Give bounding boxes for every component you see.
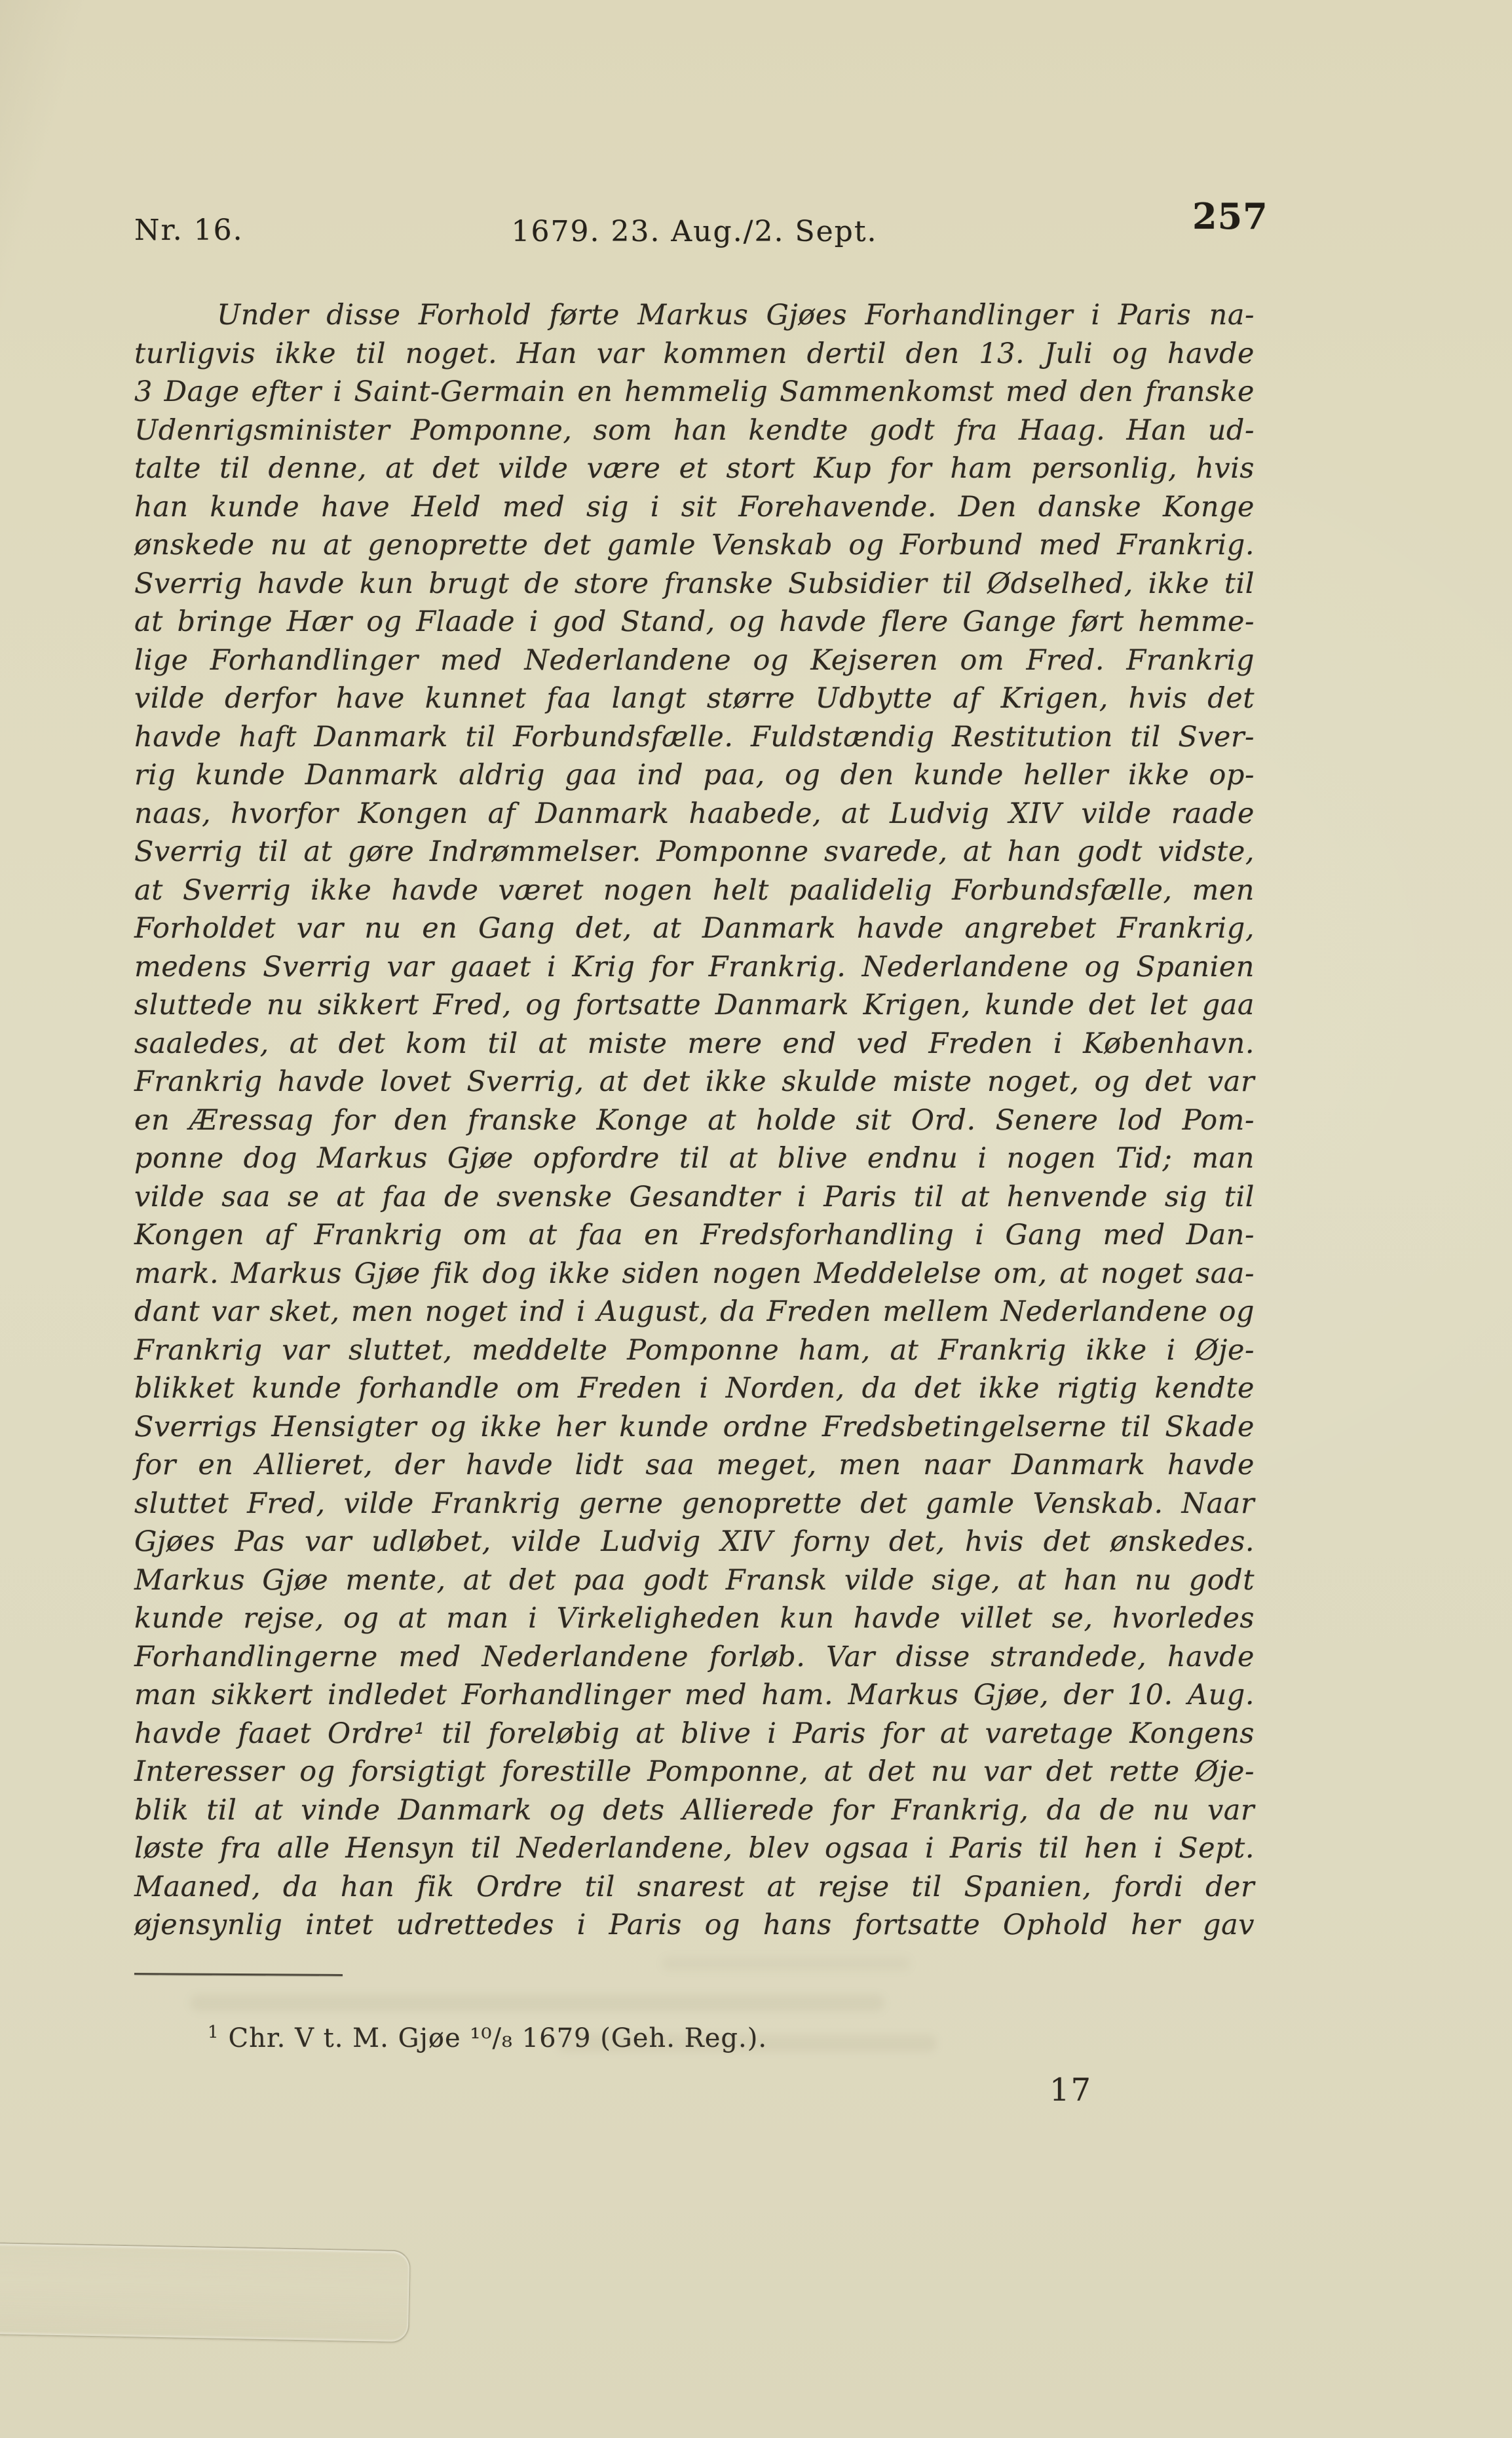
text-line: saaledes, at det kom til at miste mere e… bbox=[134, 1025, 1255, 1063]
body-text: Under disse Forhold førte Markus Gjøes F… bbox=[134, 296, 1255, 1945]
text-line: blikket kunde forhandle om Freden i Nord… bbox=[134, 1369, 1255, 1408]
text-line: ønskede nu at genoprette det gamle Vensk… bbox=[134, 526, 1255, 565]
text-line: Under disse Forhold førte Markus Gjøes F… bbox=[134, 296, 1255, 335]
text-line: Maaned, da han fik Ordre til snarest at … bbox=[134, 1868, 1255, 1907]
text-line: sluttede nu sikkert Fred, og fortsatte D… bbox=[134, 986, 1255, 1025]
text-line: rig kunde Danmark aldrig gaa ind paa, og… bbox=[134, 756, 1255, 795]
text-line: talte til denne, at det vilde være et st… bbox=[134, 449, 1255, 488]
book-page: Nr. 16. 1679. 23. Aug./2. Sept. 257 Unde… bbox=[0, 0, 1512, 2438]
text-line: Markus Gjøe mente, at det paa godt Frans… bbox=[134, 1561, 1255, 1600]
footnote-divider bbox=[134, 1973, 343, 1976]
footnote-marker: 1 bbox=[208, 2023, 219, 2042]
text-line: Udenrigsminister Pomponne, som han kendt… bbox=[134, 411, 1255, 450]
text-line: turligvis ikke til noget. Han var kommen… bbox=[134, 335, 1255, 373]
bleed-through-text bbox=[662, 1956, 911, 1971]
text-line: dant var sket, men noget ind i August, d… bbox=[134, 1293, 1255, 1331]
text-line: vilde saa se at faa de svenske Gesandter… bbox=[134, 1178, 1255, 1217]
text-line: Kongen af Frankrig om at faa en Fredsfor… bbox=[134, 1216, 1255, 1255]
text-line: ponne dog Markus Gjøe opfordre til at bl… bbox=[134, 1139, 1255, 1178]
header-date: 1679. 23. Aug./2. Sept. bbox=[134, 215, 1255, 248]
text-line: kunde rejse, og at man i Virkeligheden k… bbox=[134, 1599, 1255, 1638]
text-line: blik til at vinde Danmark og dets Allier… bbox=[134, 1791, 1255, 1830]
text-line: Forholdet var nu en Gang det, at Danmark… bbox=[134, 909, 1255, 948]
text-line: Sverrig havde kun brugt de store franske… bbox=[134, 565, 1255, 603]
label-impression bbox=[0, 2242, 411, 2344]
text-line: Interesser og forsigtigt forestille Pomp… bbox=[134, 1753, 1255, 1791]
text-line: Forhandlingerne med Nederlandene forløb.… bbox=[134, 1638, 1255, 1677]
text-line: man sikkert indledet Forhandlinger med h… bbox=[134, 1676, 1255, 1715]
text-line: havde haft Danmark til Forbundsfælle. Fu… bbox=[134, 718, 1255, 757]
text-line: vilde derfor have kunnet faa langt størr… bbox=[134, 679, 1255, 718]
text-line: sluttet Fred, vilde Frankrig gerne genop… bbox=[134, 1485, 1255, 1523]
text-line: en Æressag for den franske Konge at hold… bbox=[134, 1101, 1255, 1140]
page-number: 257 bbox=[1192, 195, 1268, 237]
text-line: Gjøes Pas var udløbet, vilde Ludvig XIV … bbox=[134, 1523, 1255, 1561]
text-line: naas, hvorfor Kongen af Danmark haabede,… bbox=[134, 795, 1255, 833]
text-line: han kunde have Held med sig i sit Foreha… bbox=[134, 488, 1255, 527]
text-line: for en Allieret, der havde lidt saa mege… bbox=[134, 1446, 1255, 1485]
text-line: Frankrig havde lovet Sverrig, at det ikk… bbox=[134, 1063, 1255, 1101]
text-line: 3 Dage efter i Saint-Germain en hemmelig… bbox=[134, 373, 1255, 411]
text-line: Frankrig var sluttet, meddelte Pomponne … bbox=[134, 1331, 1255, 1370]
text-line: Sverrig til at gøre Indrømmelser. Pompon… bbox=[134, 833, 1255, 871]
bleed-through-text bbox=[190, 1994, 884, 2011]
text-line: øjensynlig intet udrettedes i Paris og h… bbox=[134, 1906, 1255, 1945]
text-line: Sverrigs Hensigter og ikke her kunde ord… bbox=[134, 1408, 1255, 1447]
signature-mark: 17 bbox=[1049, 2072, 1092, 2108]
footnote-text: Chr. V t. M. Gjøe ¹⁰/₈ 1679 (Geh. Reg.). bbox=[229, 2023, 768, 2053]
text-line: løste fra alle Hensyn til Nederlandene, … bbox=[134, 1829, 1255, 1868]
text-line: havde faaet Ordre¹ til foreløbig at bliv… bbox=[134, 1715, 1255, 1753]
text-line: lige Forhandlinger med Nederlandene og K… bbox=[134, 641, 1255, 680]
text-line: mark. Markus Gjøe fik dog ikke siden nog… bbox=[134, 1255, 1255, 1293]
footnote: 1Chr. V t. M. Gjøe ¹⁰/₈ 1679 (Geh. Reg.)… bbox=[134, 2023, 1255, 2053]
text-line: at bringe Hær og Flaade i god Stand, og … bbox=[134, 603, 1255, 641]
text-line: medens Sverrig var gaaet i Krig for Fran… bbox=[134, 948, 1255, 987]
text-line: at Sverrig ikke havde været nogen helt p… bbox=[134, 871, 1255, 910]
